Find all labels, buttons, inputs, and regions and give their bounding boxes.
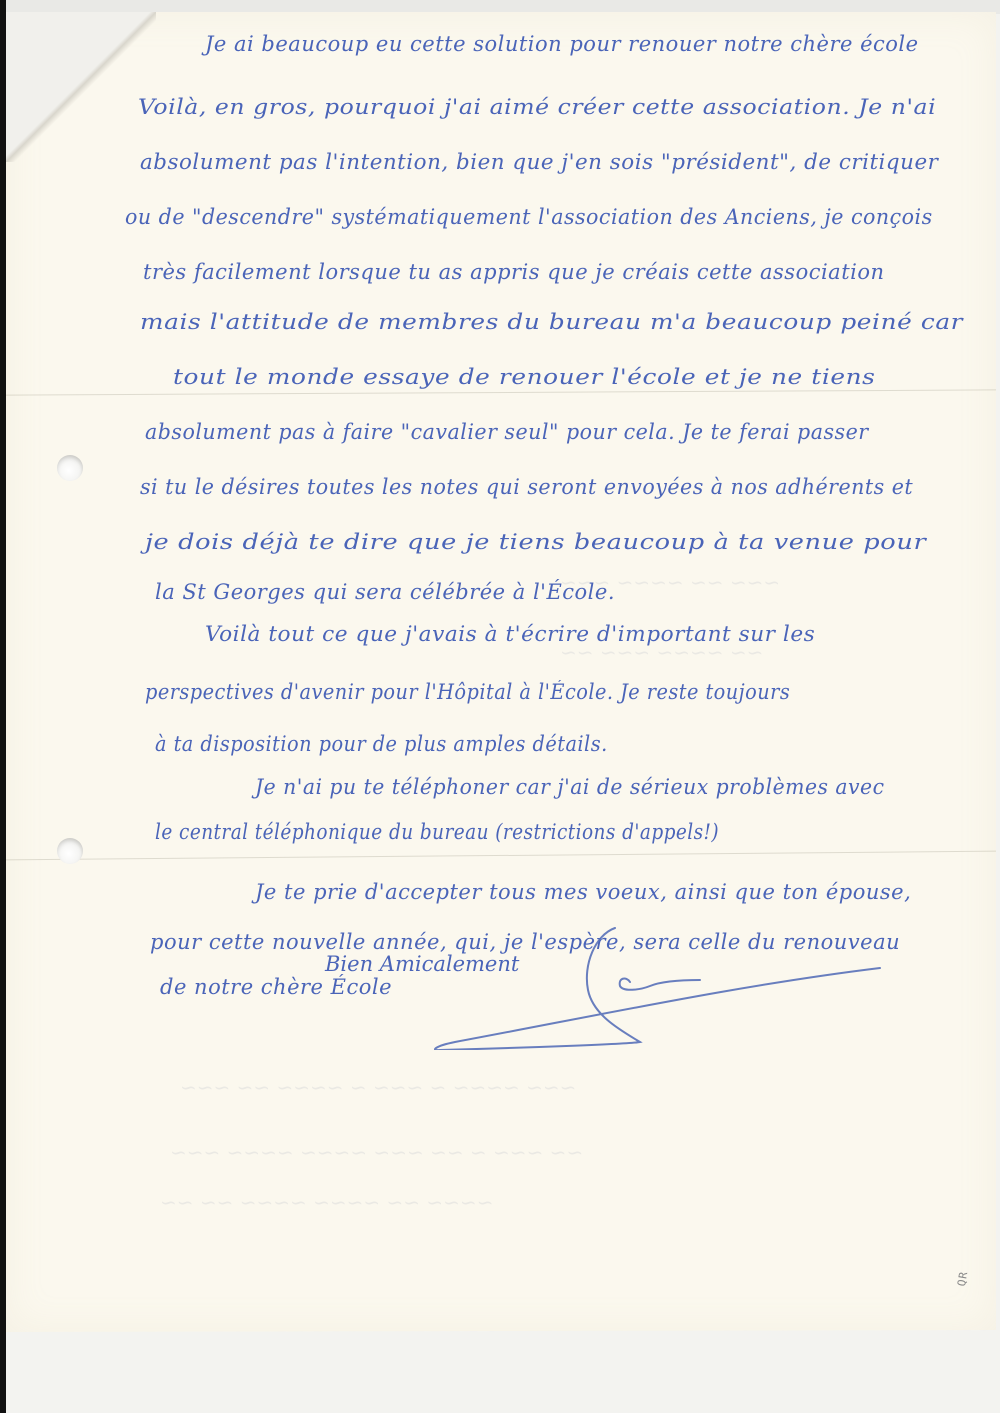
- letter-line: mais l'attitude de membres du bureau m'a…: [140, 310, 963, 334]
- letter-line: Je n'ai pu te téléphoner car j'ai de sér…: [255, 775, 884, 799]
- letter-line: absolument pas à faire "cavalier seul" p…: [145, 420, 869, 444]
- letter-line: de notre chère École: [160, 975, 392, 999]
- letter-line: je dois déjà te dire que je tiens beauco…: [145, 530, 926, 554]
- letter-line: à ta disposition pour de plus amples dét…: [155, 732, 608, 756]
- letter-line: le central téléphonique du bureau (restr…: [155, 820, 719, 844]
- letter-line: Je te prie d'accepter tous mes voeux, ai…: [255, 880, 911, 904]
- signature: [400, 920, 890, 1050]
- letter-line: Voilà, en gros, pourquoi j'ai aimé créer…: [138, 95, 936, 119]
- letter-line: si tu le désires toutes les notes qui se…: [140, 475, 913, 499]
- letter-body: Je ai beaucoup eu cette solution pour re…: [0, 0, 1000, 1413]
- letter-line: tout le monde essaye de renouer l'école …: [173, 365, 875, 389]
- letter-line: très facilement lorsque tu as appris que…: [143, 260, 885, 284]
- letter-line: la St Georges qui sera célébrée à l'Écol…: [155, 580, 615, 604]
- margin-stamp: QR: [955, 1270, 970, 1287]
- letter-line: absolument pas l'intention, bien que j'e…: [140, 150, 938, 174]
- letter-line: perspectives d'avenir pour l'Hôpital à l…: [145, 680, 790, 704]
- letter-line: ou de "descendre" systématiquement l'ass…: [125, 205, 933, 229]
- letter-line: Voilà tout ce que j'avais à t'écrire d'i…: [205, 622, 815, 646]
- letter-line: Je ai beaucoup eu cette solution pour re…: [205, 32, 919, 56]
